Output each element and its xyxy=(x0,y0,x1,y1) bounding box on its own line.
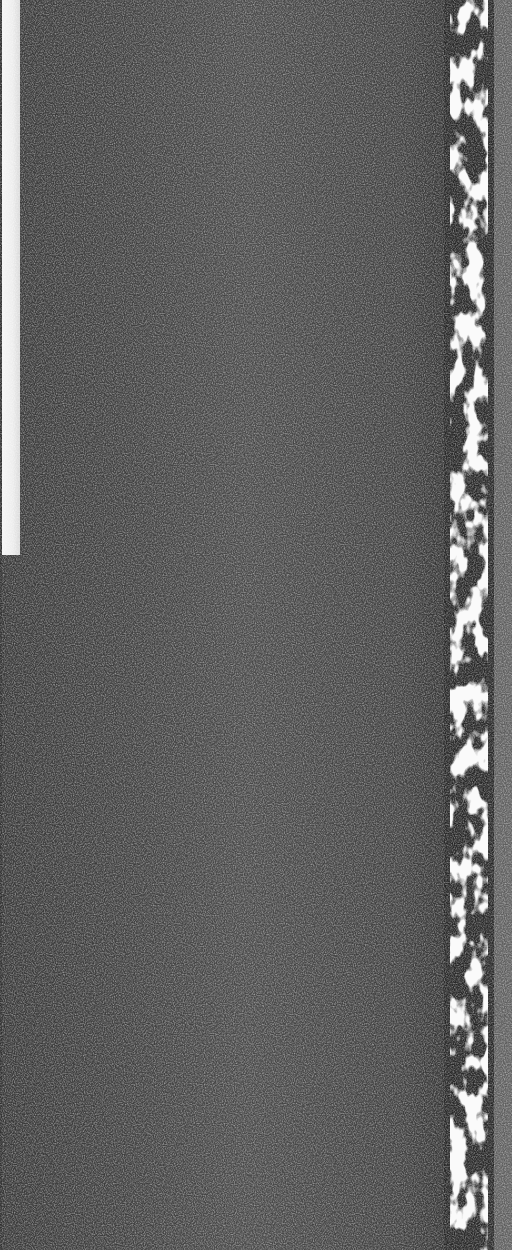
left-lane-line xyxy=(2,0,20,555)
road-shoulder xyxy=(494,0,512,1250)
asphalt-surface xyxy=(0,0,448,1250)
road-photo xyxy=(0,0,512,1250)
edge-line-strip xyxy=(444,0,494,1250)
